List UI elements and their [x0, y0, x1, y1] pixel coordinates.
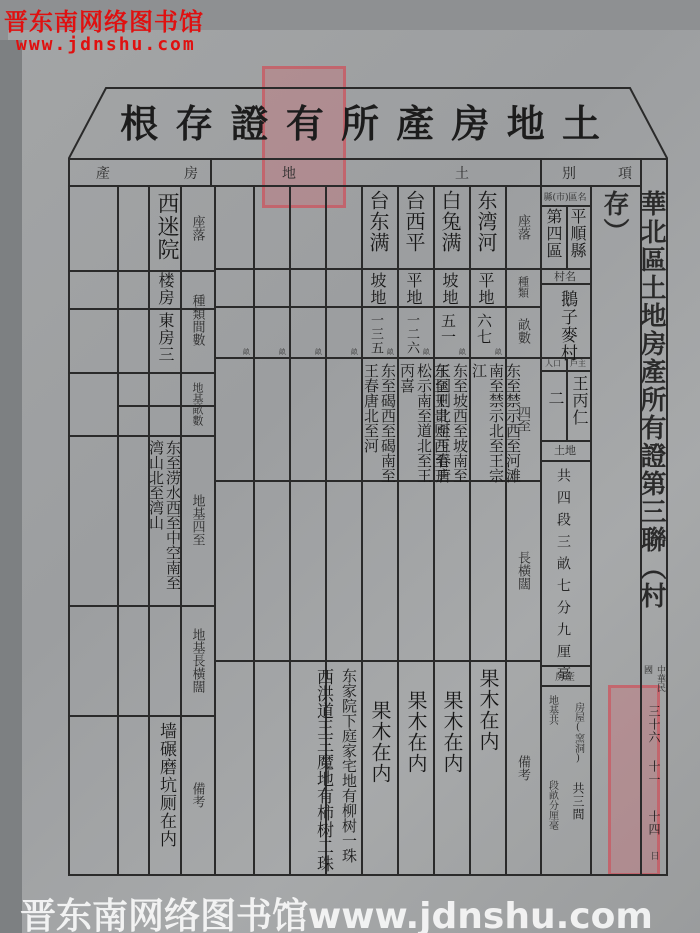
area-unit: 畝 — [495, 347, 502, 357]
house-total: 共三間 — [570, 782, 587, 821]
watermark-top-url: www.jdnshu.com — [16, 34, 196, 55]
county-value: 平順縣 — [566, 208, 589, 259]
people-value: 二 — [544, 390, 567, 407]
date-day: 十四 — [646, 810, 663, 836]
date-era: 中華民國 — [645, 665, 663, 700]
parcel-1-type: 平地 — [474, 272, 497, 306]
parcel-1-area: 六七 — [474, 313, 495, 345]
title-char: 土 — [562, 93, 600, 148]
title-char: 根 — [120, 93, 158, 148]
divider — [214, 660, 540, 662]
area-unit: 畝 — [423, 347, 430, 357]
house-base-boundaries: 东至涝水西至中空南至湾山北至湾山 — [147, 440, 181, 590]
divider — [540, 370, 590, 372]
watermark-top-name: 晋东南网络图书馆 — [4, 2, 204, 37]
header-house-char: 房 — [184, 163, 198, 183]
divider — [214, 357, 540, 359]
parcel-1-boundaries: 东至禁示西至河滩南至禁示北至王宗江 — [470, 363, 521, 483]
area-unit: 畝 — [243, 347, 250, 357]
divider — [214, 306, 540, 308]
parcel-2-location: 白兔满 — [436, 190, 465, 265]
side-title: 華北區土地房產所有證第三聯（村存） — [596, 190, 670, 630]
divider — [289, 185, 291, 875]
parcel-4-area: 一三五 — [366, 313, 385, 355]
house-remarks: 墙碾磨坑厕在内 — [154, 722, 179, 848]
village-value: 鵝子麥村 — [555, 290, 580, 362]
label-house: 房屋(窯洞) — [569, 690, 587, 775]
divider — [210, 158, 212, 185]
label-county: 縣(市)區名 — [541, 187, 589, 205]
parcel-4-location: 台东满 — [364, 190, 393, 265]
date-month: 十一 — [646, 760, 663, 786]
district-value: 第四區 — [542, 208, 565, 259]
header-item-char: 別 — [562, 163, 576, 183]
label-land: 土地 — [541, 441, 589, 459]
title-char: 有 — [286, 93, 324, 148]
house-type: 楼房 — [154, 272, 177, 306]
divider — [590, 185, 592, 875]
label-land-area: 畝數 — [505, 308, 540, 354]
area-unit: 畝 — [279, 347, 286, 357]
divider — [540, 205, 590, 207]
divider — [540, 158, 542, 185]
parcel-4-type: 坡地 — [366, 272, 389, 306]
label-land-dimensions: 長橫闊 — [505, 485, 540, 655]
divider — [469, 185, 471, 875]
parcel-1-remarks: 果木在内 — [474, 668, 503, 752]
divider — [540, 460, 590, 462]
label-house-base-boundaries: 地基四至 — [180, 440, 214, 600]
label-house-type-count: 種類間數 — [180, 272, 214, 368]
header-land-char: 地 — [282, 163, 296, 183]
title-char: 存 — [175, 93, 213, 148]
area-unit: 畝 — [351, 347, 358, 357]
title-char: 產 — [396, 93, 434, 148]
divider — [68, 372, 214, 374]
divider — [214, 185, 216, 875]
divider — [433, 185, 435, 875]
label-land-remarks: 備考 — [505, 665, 540, 870]
label-land-location: 座落 — [505, 190, 540, 264]
house-count: 東房三 — [154, 312, 177, 363]
label-house-location: 座落 — [180, 190, 214, 266]
divider — [253, 185, 255, 875]
label-house-remarks: 備考 — [180, 720, 214, 870]
watermark-bottom: 晋东南网络图书馆www.jdnshu.com — [20, 888, 653, 933]
parcel-3-boundaries: 东至王贵则西至王松示南至道北至王丙喜 — [398, 363, 449, 483]
base-total: 段畝分厘毫 — [543, 740, 561, 870]
label-house-base-area: 地基畝數 — [180, 375, 214, 433]
area-unit: 畝 — [459, 347, 466, 357]
extra-remark-1: 东家院下庭家宅地有柳树一珠 — [340, 668, 357, 878]
house-location: 西迷院 — [151, 192, 182, 261]
parcel-3-remarks: 果木在内 — [402, 690, 431, 774]
area-unit: 畝 — [387, 347, 394, 357]
title-char: 證 — [231, 93, 269, 148]
header-land-char: 土 — [455, 163, 469, 183]
label-property: 房產 — [541, 666, 589, 684]
label-land-type: 種類 — [505, 270, 540, 304]
parcel-2-remarks: 果木在内 — [438, 690, 467, 774]
divider — [117, 185, 119, 875]
divider — [68, 435, 214, 437]
title-char: 房 — [452, 93, 490, 148]
label-people: 人口 — [541, 357, 565, 370]
parcel-3-location: 台西平 — [400, 190, 429, 265]
area-unit: 畝 — [315, 347, 322, 357]
parcel-3-type: 平地 — [402, 272, 425, 306]
divider — [361, 185, 363, 875]
householder-value: 王丙仁 — [568, 375, 591, 426]
divider — [540, 185, 542, 875]
header-house-char: 產 — [96, 163, 110, 183]
extra-remark-2: 西洪道王三魔地有柿树二珠 — [313, 668, 333, 878]
title-char: 所 — [341, 93, 379, 148]
label-base: 地基共 — [543, 690, 561, 730]
document-title: 土 地 房 產 所 有 證 存 根 — [120, 95, 600, 145]
date-day-suffix: 日 — [645, 845, 663, 865]
divider — [68, 715, 214, 717]
land-total: 共四段三畝七分九厘毫 — [555, 468, 570, 688]
title-char: 地 — [507, 93, 545, 148]
parcel-2-area: 五一 — [438, 313, 459, 345]
label-householder: 戶主 — [566, 357, 590, 370]
parcel-3-area: 一二六 — [402, 313, 421, 355]
parcel-1-location: 东湾河 — [472, 190, 501, 265]
paper-edge — [0, 40, 22, 933]
parcel-2-type: 坡地 — [438, 272, 461, 306]
parcel-4-boundaries: 东至碣西至碣南至王春唐北至河 — [362, 363, 396, 483]
label-village: 村名 — [541, 268, 589, 283]
divider — [68, 605, 214, 607]
parcel-4-remarks: 果木在内 — [366, 700, 395, 784]
divider — [397, 185, 399, 875]
divider — [214, 268, 540, 270]
date-year: 三十六 — [646, 705, 663, 744]
label-house-base-dimensions: 地基長橫闊 — [180, 610, 214, 710]
header-item-char: 項 — [618, 163, 632, 183]
